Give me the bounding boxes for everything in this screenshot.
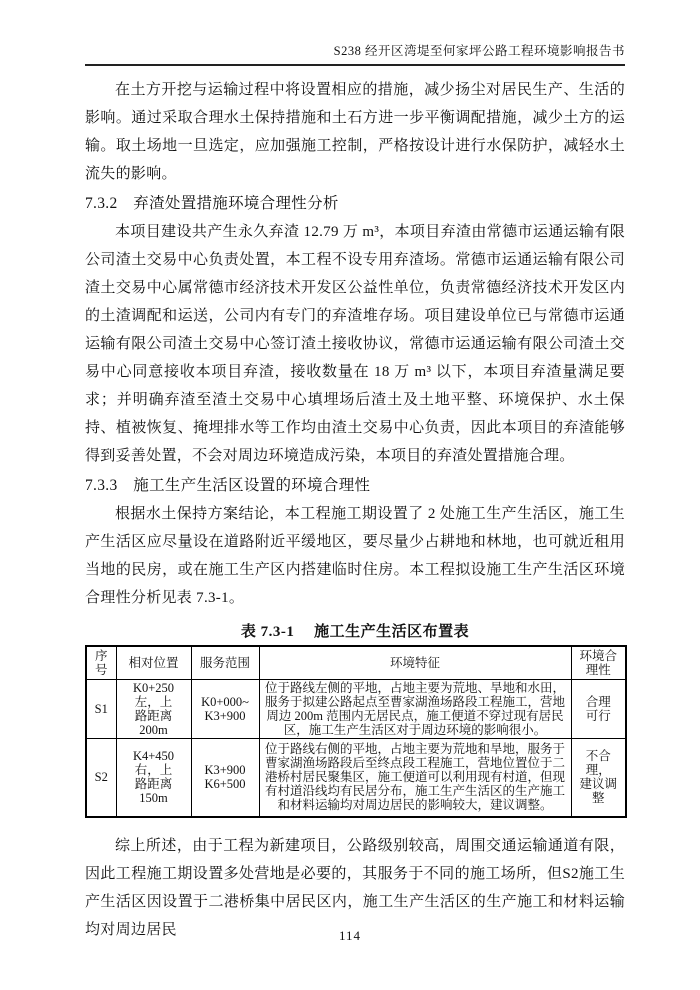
col-header-index: 序号 xyxy=(86,646,116,679)
col-header-position: 相对位置 xyxy=(116,646,191,679)
table-header-row: 序号 相对位置 服务范围 环境特征 环境合理性 xyxy=(86,646,626,679)
cell-s2-position: K4+450 右，上 路距离 150m xyxy=(116,738,191,817)
cell-s1-rationality: 合理 可行 xyxy=(571,679,626,738)
page-footer: 114 xyxy=(0,928,700,944)
cell-s1-id: S1 xyxy=(86,679,116,738)
col-header-env-feature: 环境特征 xyxy=(259,646,571,679)
cell-s1-position: K0+250 左，上 路距离 200m xyxy=(116,679,191,738)
col-header-rationality: 环境合理性 xyxy=(571,646,626,679)
table-row: S1 K0+250 左，上 路距离 200m K0+000~ K3+900 位于… xyxy=(86,679,626,738)
page-number: 114 xyxy=(339,928,361,943)
paragraph-camp-siting: 根据水土保持方案结论，本工程施工期设置了 2 处施工生产生活区，施工生产生活区应… xyxy=(85,500,625,612)
cell-s2-rationality: 不合理， 建议调整 xyxy=(571,738,626,817)
cell-s2-feature: 位于路线右侧的平地，占地主要为荒地和旱地，服务于曹家湖渔场路段后至终点段工程施工… xyxy=(259,738,571,817)
cell-s1-range: K0+000~ K3+900 xyxy=(191,679,259,738)
paragraph-spoil-disposal: 本项目建设共产生永久弃渣 12.79 万 m³，本项目弃渣由常德市运通运输有限公… xyxy=(85,218,625,470)
cell-s2-range: K3+900 K6+500 xyxy=(191,738,259,817)
cell-s2-id: S2 xyxy=(86,738,116,817)
col-header-service-range: 服务范围 xyxy=(191,646,259,679)
document-page: S238 经开区湾堤至何家坪公路工程环境影响报告书 在土方开挖与运输过程中将设置… xyxy=(0,0,700,990)
table-row: S2 K4+450 右，上 路距离 150m K3+900 K6+500 位于路… xyxy=(86,738,626,817)
cell-s1-feature: 位于路线左侧的平地，占地主要为荒地、旱地和水田，服务于拟建公路起点至曹家湖渔场路… xyxy=(259,679,571,738)
page-content: S238 经开区湾堤至何家坪公路工程环境影响报告书 在土方开挖与运输过程中将设置… xyxy=(0,0,700,944)
heading-7-3-2: 7.3.2 弃渣处置措施环境合理性分析 xyxy=(85,190,625,218)
paragraph-dust-measures: 在土方开挖与运输过程中将设置相应的措施，减少扬尘对居民生产、生活的影响。通过采取… xyxy=(85,76,625,188)
table-title: 表 7.3-1 施工生产生活区布置表 xyxy=(85,620,625,641)
camp-layout-table: 序号 相对位置 服务范围 环境特征 环境合理性 S1 K0+250 左，上 路距… xyxy=(85,645,627,818)
heading-7-3-3: 7.3.3 施工生产生活区设置的环境合理性 xyxy=(85,472,625,500)
page-header: S238 经开区湾堤至何家坪公路工程环境影响报告书 xyxy=(85,44,625,66)
report-title: S238 经开区湾堤至何家坪公路工程环境影响报告书 xyxy=(334,44,625,58)
